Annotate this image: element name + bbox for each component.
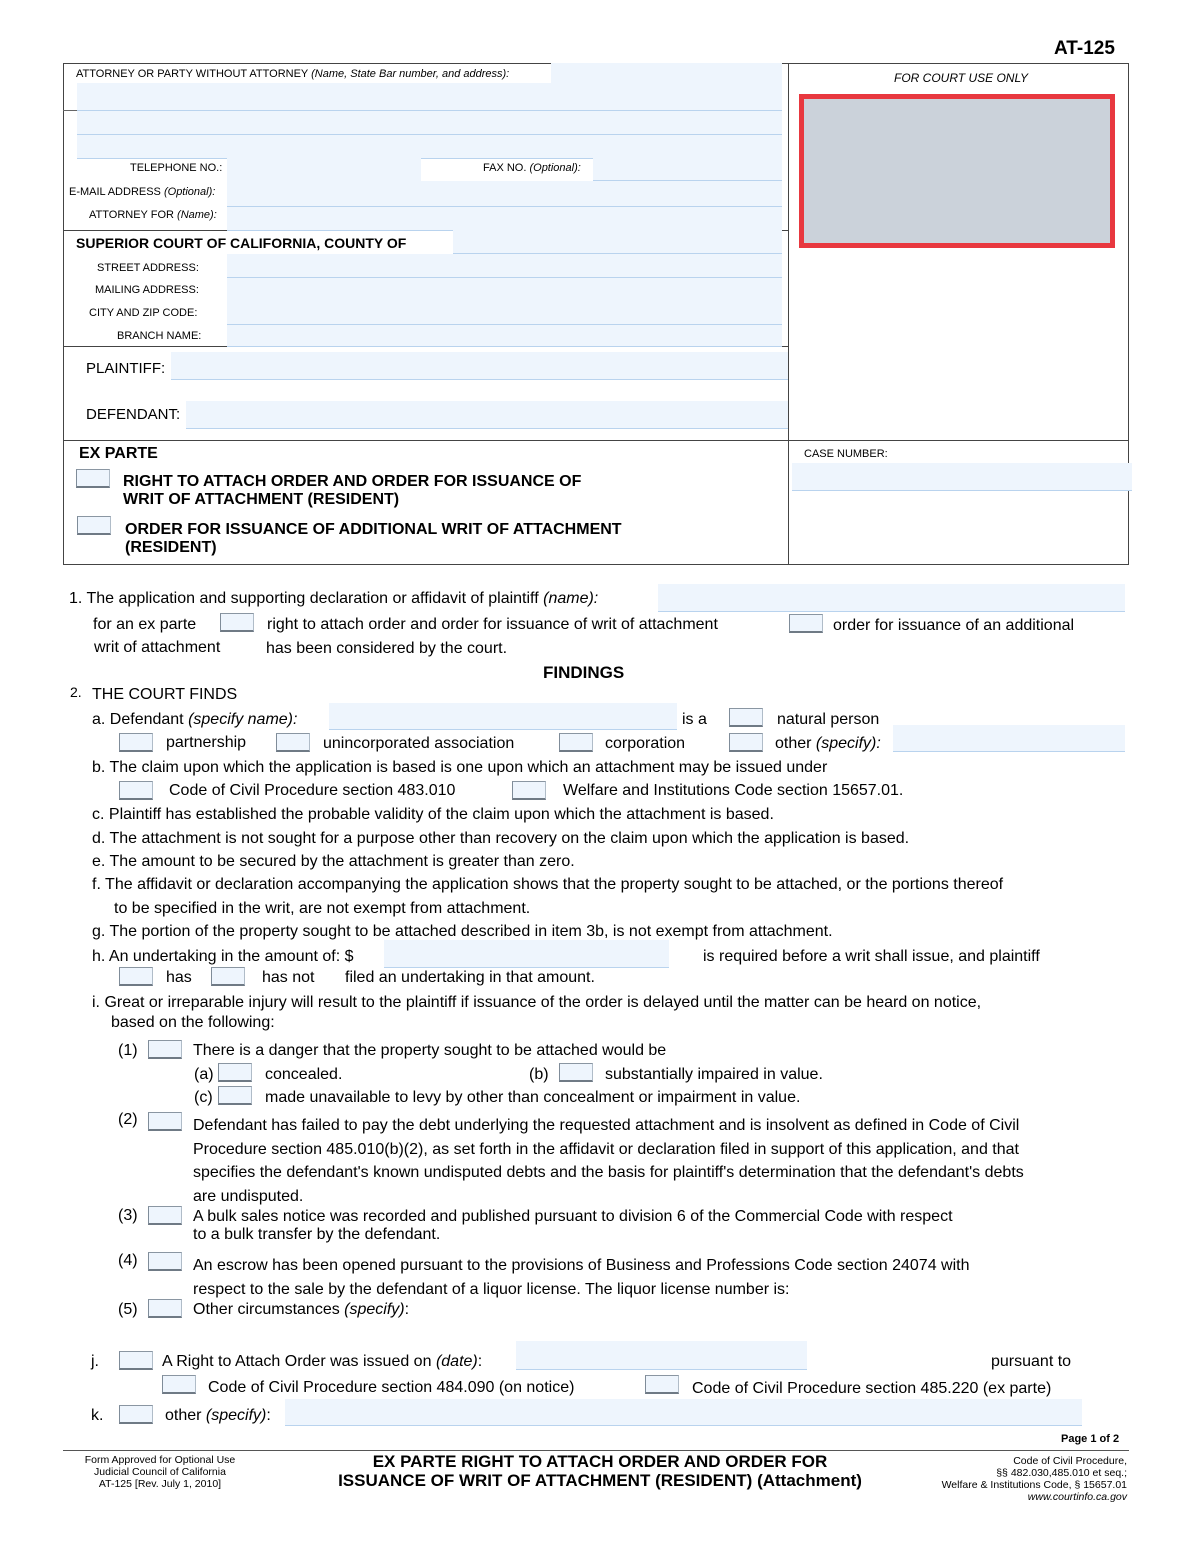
sub1a-text: concealed. <box>265 1066 342 1084</box>
other-entity-checkbox[interactable] <box>729 733 763 752</box>
wic-15657-checkbox[interactable] <box>512 781 546 800</box>
footer-title: EX PARTE RIGHT TO ATTACH ORDER AND ORDER… <box>280 1452 920 1490</box>
sub3-text: A bulk sales notice was recorded and pub… <box>193 1208 953 1244</box>
footer-right: Code of Civil Procedure, §§ 482.030,485.… <box>880 1455 1127 1503</box>
sub3-num: (3) <box>118 1207 138 1225</box>
item-k-label: k. <box>91 1407 103 1425</box>
mailing-field[interactable] <box>227 278 782 302</box>
sub2-checkbox[interactable] <box>148 1112 182 1131</box>
street-field[interactable] <box>227 254 782 278</box>
natural-person-label: natural person <box>777 711 879 729</box>
item1-text: 1. The application and supporting declar… <box>69 590 598 608</box>
sub5-text: Other circumstances (specify): <box>193 1301 409 1319</box>
item1-writ: writ of attachment <box>94 639 220 657</box>
item1-additional-checkbox[interactable] <box>789 614 823 633</box>
has-not-filed-checkbox[interactable] <box>211 967 245 986</box>
unincorporated-checkbox[interactable] <box>276 733 310 752</box>
has-filed-label: has <box>166 969 192 987</box>
sub1-text: There is a danger that the property soug… <box>193 1042 666 1060</box>
item-k-checkbox[interactable] <box>119 1405 153 1424</box>
sub5-checkbox[interactable] <box>148 1299 182 1318</box>
item-j-label: j. <box>91 1353 99 1371</box>
fax-field[interactable] <box>593 154 782 181</box>
page-number: Page 1 of 2 <box>1061 1433 1119 1445</box>
county-field[interactable] <box>453 230 782 254</box>
sub1b-checkbox[interactable] <box>559 1063 593 1082</box>
ccp-485-label: Code of Civil Procedure section 485.220 … <box>692 1380 1051 1398</box>
defendant-field[interactable] <box>186 401 788 429</box>
court-use-stamp-area[interactable] <box>799 94 1115 248</box>
city-field[interactable] <box>227 301 782 325</box>
ccp-484-label: Code of Civil Procedure section 484.090 … <box>208 1379 574 1397</box>
item2i-text-line2: based on the following: <box>111 1014 275 1032</box>
street-label: STREET ADDRESS: <box>97 262 199 274</box>
plaintiff-field[interactable] <box>171 352 788 380</box>
email-label: E-MAIL ADDRESS (Optional): <box>69 186 215 198</box>
other-entity-field[interactable] <box>893 725 1125 752</box>
natural-person-checkbox[interactable] <box>729 708 763 727</box>
ccp-485-checkbox[interactable] <box>645 1375 679 1394</box>
item2-num: 2. <box>70 684 82 700</box>
form-id: AT-125 <box>1054 38 1115 60</box>
sub1c-checkbox[interactable] <box>218 1086 252 1105</box>
sub4-num: (4) <box>118 1252 138 1270</box>
caption-bottom-border <box>63 564 1129 565</box>
ccp-484-checkbox[interactable] <box>162 1375 196 1394</box>
sub1c-label: (c) <box>194 1089 213 1107</box>
plaintiff-label: PLAINTIFF: <box>86 360 165 377</box>
item-k-field[interactable] <box>285 1399 1082 1426</box>
branch-field[interactable] <box>227 325 782 347</box>
sub2-text: Defendant has failed to pay the debt und… <box>193 1114 1024 1208</box>
attorney-for-field[interactable] <box>227 207 782 231</box>
option1-checkbox[interactable] <box>76 469 110 488</box>
item-k-text: other (specify): <box>165 1407 271 1425</box>
item-j-text: A Right to Attach Order was issued on (d… <box>162 1353 482 1371</box>
sub1b-text: substantially impaired in value. <box>605 1066 823 1084</box>
attorney-for-label: ATTORNEY FOR (Name): <box>89 209 217 221</box>
other-entity-label: other (specify): <box>775 735 881 753</box>
item-j-pursuant: pursuant to <box>991 1353 1071 1371</box>
unincorporated-label: unincorporated association <box>323 735 514 753</box>
sub4-checkbox[interactable] <box>148 1252 182 1271</box>
telephone-label: TELEPHONE NO.: <box>130 162 222 174</box>
item2-heading: THE COURT FINDS <box>92 686 237 704</box>
partnership-label: partnership <box>166 734 246 752</box>
is-a-label: is a <box>682 711 707 729</box>
wic-15657-label: Welfare and Institutions Code section 15… <box>563 782 903 800</box>
item1-for-ex-parte: for an ex parte <box>93 616 196 634</box>
case-number-label: CASE NUMBER: <box>804 448 888 460</box>
item2h-text: h. An undertaking in the amount of: $ <box>92 948 354 966</box>
attorney-field-line3[interactable] <box>77 111 782 135</box>
item2b-text: b. The claim upon which the application … <box>92 759 827 777</box>
item2g-text: g. The portion of the property sought to… <box>92 923 833 941</box>
court-use-label: FOR COURT USE ONLY <box>894 71 1028 85</box>
case-number-field[interactable] <box>792 463 1132 491</box>
item2i-text-line1: i. Great or irreparable injury will resu… <box>92 994 981 1012</box>
corporation-checkbox[interactable] <box>559 733 593 752</box>
ex-parte-heading: EX PARTE <box>79 445 158 463</box>
sub3-checkbox[interactable] <box>148 1206 182 1225</box>
sub1-num: (1) <box>118 1042 138 1060</box>
item2a-text: a. Defendant (specify name): <box>92 711 297 729</box>
email-field[interactable] <box>227 181 782 207</box>
item2d-text: d. The attachment is not sought for a pu… <box>92 830 909 848</box>
option2-label: ORDER FOR ISSUANCE OF ADDITIONAL WRIT OF… <box>125 521 622 557</box>
sub1a-label: (a) <box>194 1066 214 1084</box>
sub1c-text: made unavailable to levy by other than c… <box>265 1089 800 1107</box>
item2e-text: e. The amount to be secured by the attac… <box>92 853 575 871</box>
option2-checkbox[interactable] <box>77 516 111 535</box>
item2f-text-line2: to be specified in the writ, are not exe… <box>114 900 530 918</box>
option1-label: RIGHT TO ATTACH ORDER AND ORDER FOR ISSU… <box>123 473 581 509</box>
findings-heading: FINDINGS <box>543 663 624 683</box>
title-divider <box>63 440 1129 441</box>
footer-left: Form Approved for Optional Use Judicial … <box>60 1454 260 1490</box>
item2h-filed: filed an undertaking in that amount. <box>345 969 595 987</box>
partnership-checkbox[interactable] <box>119 733 153 752</box>
item1-plaintiff-name-field[interactable] <box>658 584 1125 612</box>
item-j-checkbox[interactable] <box>119 1351 153 1370</box>
item1-additional-label: order for issuance of an additional <box>833 617 1074 635</box>
corporation-label: corporation <box>605 735 685 753</box>
ccp-483-checkbox[interactable] <box>119 781 153 800</box>
footer-divider <box>63 1450 1129 1451</box>
caption-left-border <box>63 63 64 565</box>
sub1a-checkbox[interactable] <box>218 1063 252 1082</box>
has-not-filed-label: has not <box>262 969 314 987</box>
rta-date-field[interactable] <box>516 1341 807 1370</box>
sub2-num: (2) <box>118 1111 138 1129</box>
item1-rta-checkbox[interactable] <box>220 613 254 632</box>
sub4-text: An escrow has been opened pursuant to th… <box>193 1254 969 1302</box>
telephone-field[interactable] <box>227 155 421 184</box>
court-label: SUPERIOR COURT OF CALIFORNIA, COUNTY OF <box>76 235 406 251</box>
mailing-label: MAILING ADDRESS: <box>95 284 199 296</box>
courtinfo-link[interactable]: www.courtinfo.ca.gov <box>880 1491 1127 1503</box>
has-filed-checkbox[interactable] <box>119 967 153 986</box>
defendant-label: DEFENDANT: <box>86 406 180 423</box>
undertaking-amount-field[interactable] <box>384 940 669 968</box>
branch-label: BRANCH NAME: <box>117 330 201 342</box>
item1-considered: has been considered by the court. <box>266 640 507 658</box>
sub1-checkbox[interactable] <box>148 1040 182 1059</box>
sub5-num: (5) <box>118 1301 138 1319</box>
item2h-required: is required before a writ shall issue, a… <box>703 948 1040 966</box>
item1-rta-label: right to attach order and order for issu… <box>267 616 718 634</box>
ccp-483-label: Code of Civil Procedure section 483.010 <box>169 782 455 800</box>
attorney-label: ATTORNEY OR PARTY WITHOUT ATTORNEY (Name… <box>76 68 509 80</box>
tick-mark <box>63 110 77 111</box>
item2c-text: c. Plaintiff has established the probabl… <box>92 806 774 824</box>
attorney-field-line2[interactable] <box>77 83 782 111</box>
item2f-text-line1: f. The affidavit or declaration accompan… <box>92 876 1003 894</box>
city-label: CITY AND ZIP CODE: <box>89 307 197 319</box>
defendant-name-field[interactable] <box>329 703 677 730</box>
sub1b-label: (b) <box>529 1066 549 1084</box>
caption-divider <box>788 63 789 565</box>
fax-label: FAX NO. (Optional): <box>483 162 581 174</box>
